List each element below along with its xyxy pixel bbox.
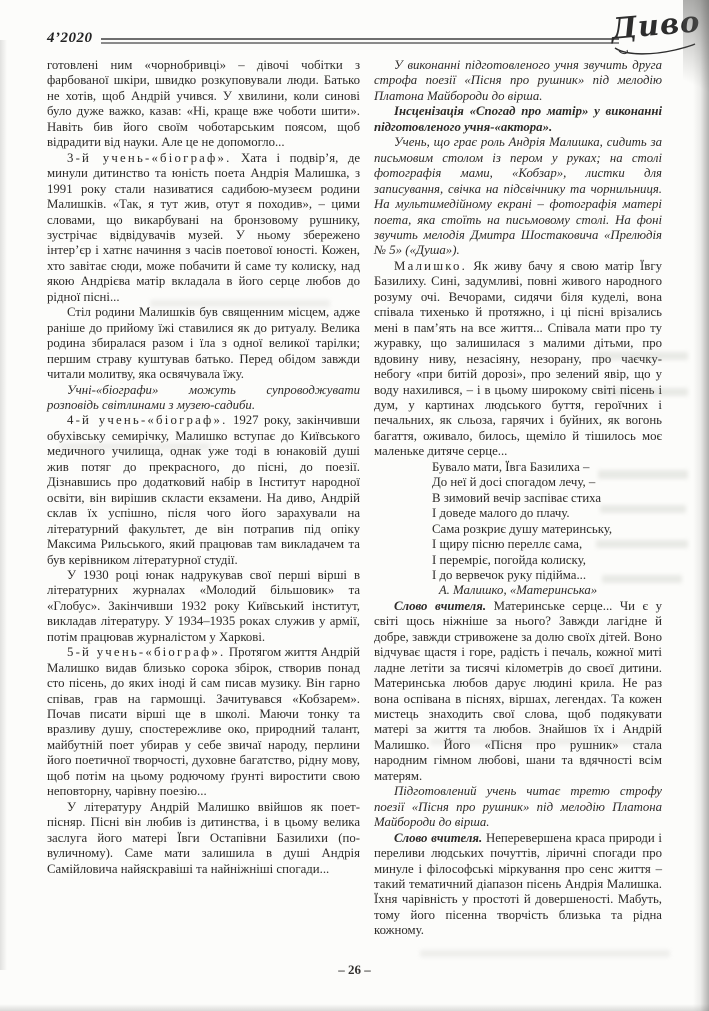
speaker-label: Слово вчителя. — [394, 831, 482, 845]
paragraph-text: Хата і подвір’я, де минули дитинство та … — [47, 151, 360, 304]
paragraph-text: Як живу бачу я свою матір Ївгу Базилиху.… — [374, 259, 662, 458]
stage-direction-actor-setup: Учень, що грає роль Андрія Малишка, сиди… — [374, 135, 662, 259]
paragraph-text: Материнське серце... Чи є у світі щось н… — [374, 599, 662, 783]
poem-line: І доведе малого до плачу. — [432, 506, 662, 521]
paragraph-poet-songwriter: У літературу Андрій Малишко ввійшов як п… — [47, 800, 360, 877]
page-number: – 26 – — [338, 962, 371, 977]
bleed-through-artifact — [420, 950, 670, 957]
speaker-label: 3-й учень-«біограф». — [67, 151, 232, 165]
poem-block: Бувало мати, Ївга Базилиха – До неї й до… — [432, 460, 662, 584]
paragraph-text: 1927 року, закінчивши обухівську семиріч… — [47, 413, 360, 566]
page-body: готовлені ним «чорнобривці» – дівочі чоб… — [47, 58, 662, 939]
scan-shadow-right — [693, 0, 709, 1011]
poem-line: Бувало мати, Ївга Базилиха – — [432, 460, 662, 475]
poem-line: До неї й досі спогадом лечу, – — [432, 475, 662, 490]
teacher-word-mothers-heart: Слово вчителя. Материнське серце... Чи є… — [374, 599, 662, 784]
speaker-label: 5-й учень-«біограф». — [67, 645, 225, 659]
paragraph-first-poems: У 1930 році юнак надрукував свої перші в… — [47, 568, 360, 645]
paragraph-biographer-5: 5-й учень-«біограф». Протягом життя Андр… — [47, 645, 360, 800]
paragraph-biographer-4: 4-й учень-«біограф». 1927 року, закінчив… — [47, 413, 360, 568]
right-column: У виконанні підготовленого учня звучить … — [374, 58, 662, 939]
stage-direction-second-stanza: У виконанні підготовленого учня звучить … — [374, 58, 662, 104]
poem-line: І перемріє, погойда колиску, — [432, 553, 662, 568]
stage-direction-third-stanza: Підготовлений учень читає третю строфу п… — [374, 784, 662, 830]
paragraph-text: Протягом життя Андрій Малишко видав близ… — [47, 645, 360, 798]
stage-direction-biographers: Учні-«біографи» можуть супроводжувати ро… — [47, 383, 360, 414]
heading-inscenization: Інсценізація «Спогад про матір» у викона… — [374, 104, 662, 135]
left-column: готовлені ним «чорнобривці» – дівочі чоб… — [47, 58, 360, 939]
paragraph-biographer-3: 3-й учень-«біограф». Хата і подвір’я, де… — [47, 151, 360, 306]
poem-attribution: А. Малишко, «Материнська» — [374, 583, 662, 598]
speaker-label: Малишко. — [394, 259, 467, 273]
paragraph-text: Неперевершена краса природи і переливи л… — [374, 831, 662, 938]
scan-shadow-bottom — [0, 1004, 709, 1011]
scan-shadow-left — [0, 40, 7, 970]
scan-shadow-corner — [683, 0, 709, 120]
poem-line: В зимовий вечір заспіває стиха — [432, 491, 662, 506]
monologue-malyshko: Малишко. Як живу бачу я свою матір Ївгу … — [374, 259, 662, 460]
magazine-page: 4’2020 Диво готовлені ним «чорнобривці» … — [0, 0, 709, 1011]
poem-line: І до вервечок руку підійма... — [432, 568, 662, 583]
header-rule — [101, 38, 619, 44]
speaker-label: 4-й учень-«біограф». — [67, 413, 228, 427]
page-footer: – 26 – — [0, 962, 709, 978]
teacher-word-conclusion: Слово вчителя. Неперевершена краса приро… — [374, 831, 662, 939]
poem-line: Сама розкриє душу материнську, — [432, 522, 662, 537]
paragraph-family-table: Стіл родини Малишків був священним місце… — [47, 305, 360, 382]
issue-number: 4’2020 — [47, 30, 93, 47]
speaker-label: Слово вчителя. — [394, 599, 486, 613]
poem-line: І щиру пісню переллє сама, — [432, 537, 662, 552]
paragraph-continuation: готовлені ним «чорнобривці» – дівочі чоб… — [47, 58, 360, 151]
